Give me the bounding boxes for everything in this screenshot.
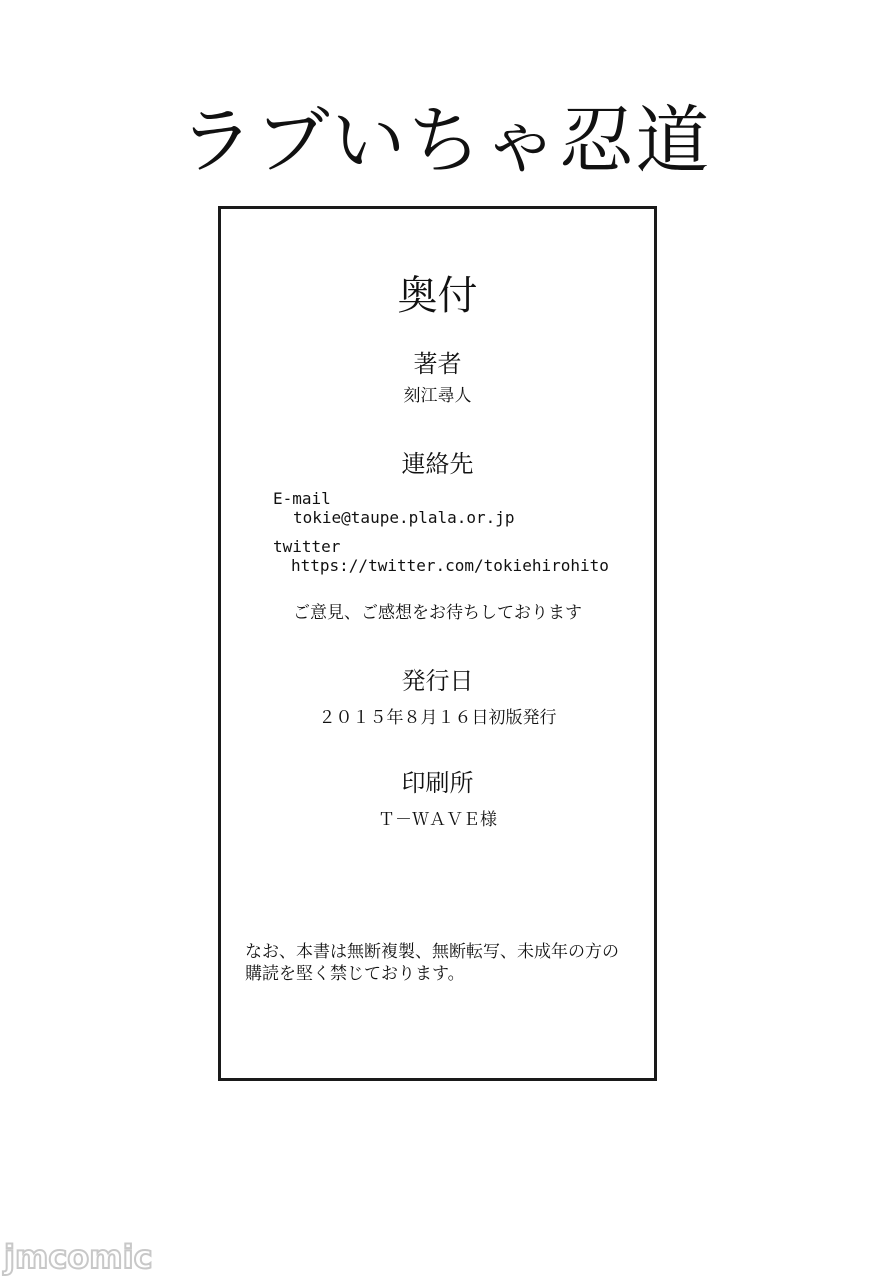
email-value[interactable]: tokie@taupe.plala.or.jp bbox=[293, 508, 515, 527]
book-title: ラブいちゃ忍道 bbox=[0, 96, 891, 186]
printer-label: 印刷所 bbox=[221, 763, 654, 798]
author-label: 著者 bbox=[221, 344, 654, 379]
email-label: E-mail bbox=[273, 489, 331, 508]
feedback-message: ご意見、ご感想をお待ちしております bbox=[221, 598, 654, 623]
twitter-label: twitter bbox=[273, 537, 340, 556]
notice-line-2: 購読を堅く禁じております。 bbox=[245, 963, 465, 985]
publish-date-label: 発行日 bbox=[221, 661, 654, 696]
twitter-url[interactable]: https://twitter.com/tokiehirohito bbox=[291, 556, 609, 575]
publish-date-value: ２０１５年８月１６日初版発行 bbox=[221, 703, 654, 728]
notice-line-1: なお、本書は無断複製、無断転写、未成年の方の bbox=[245, 941, 619, 963]
author-name: 刻江尋人 bbox=[221, 381, 654, 406]
colophon-heading: 奥付 bbox=[221, 264, 654, 321]
colophon-box: 奥付 著者 刻江尋人 連絡先 E-mail tokie@taupe.plala.… bbox=[218, 206, 657, 1081]
printer-value: Ｔ－ＷＡＶＥ様 bbox=[221, 805, 654, 830]
contact-label: 連絡先 bbox=[221, 444, 654, 479]
watermark-logo: jmcomic bbox=[4, 1238, 153, 1276]
